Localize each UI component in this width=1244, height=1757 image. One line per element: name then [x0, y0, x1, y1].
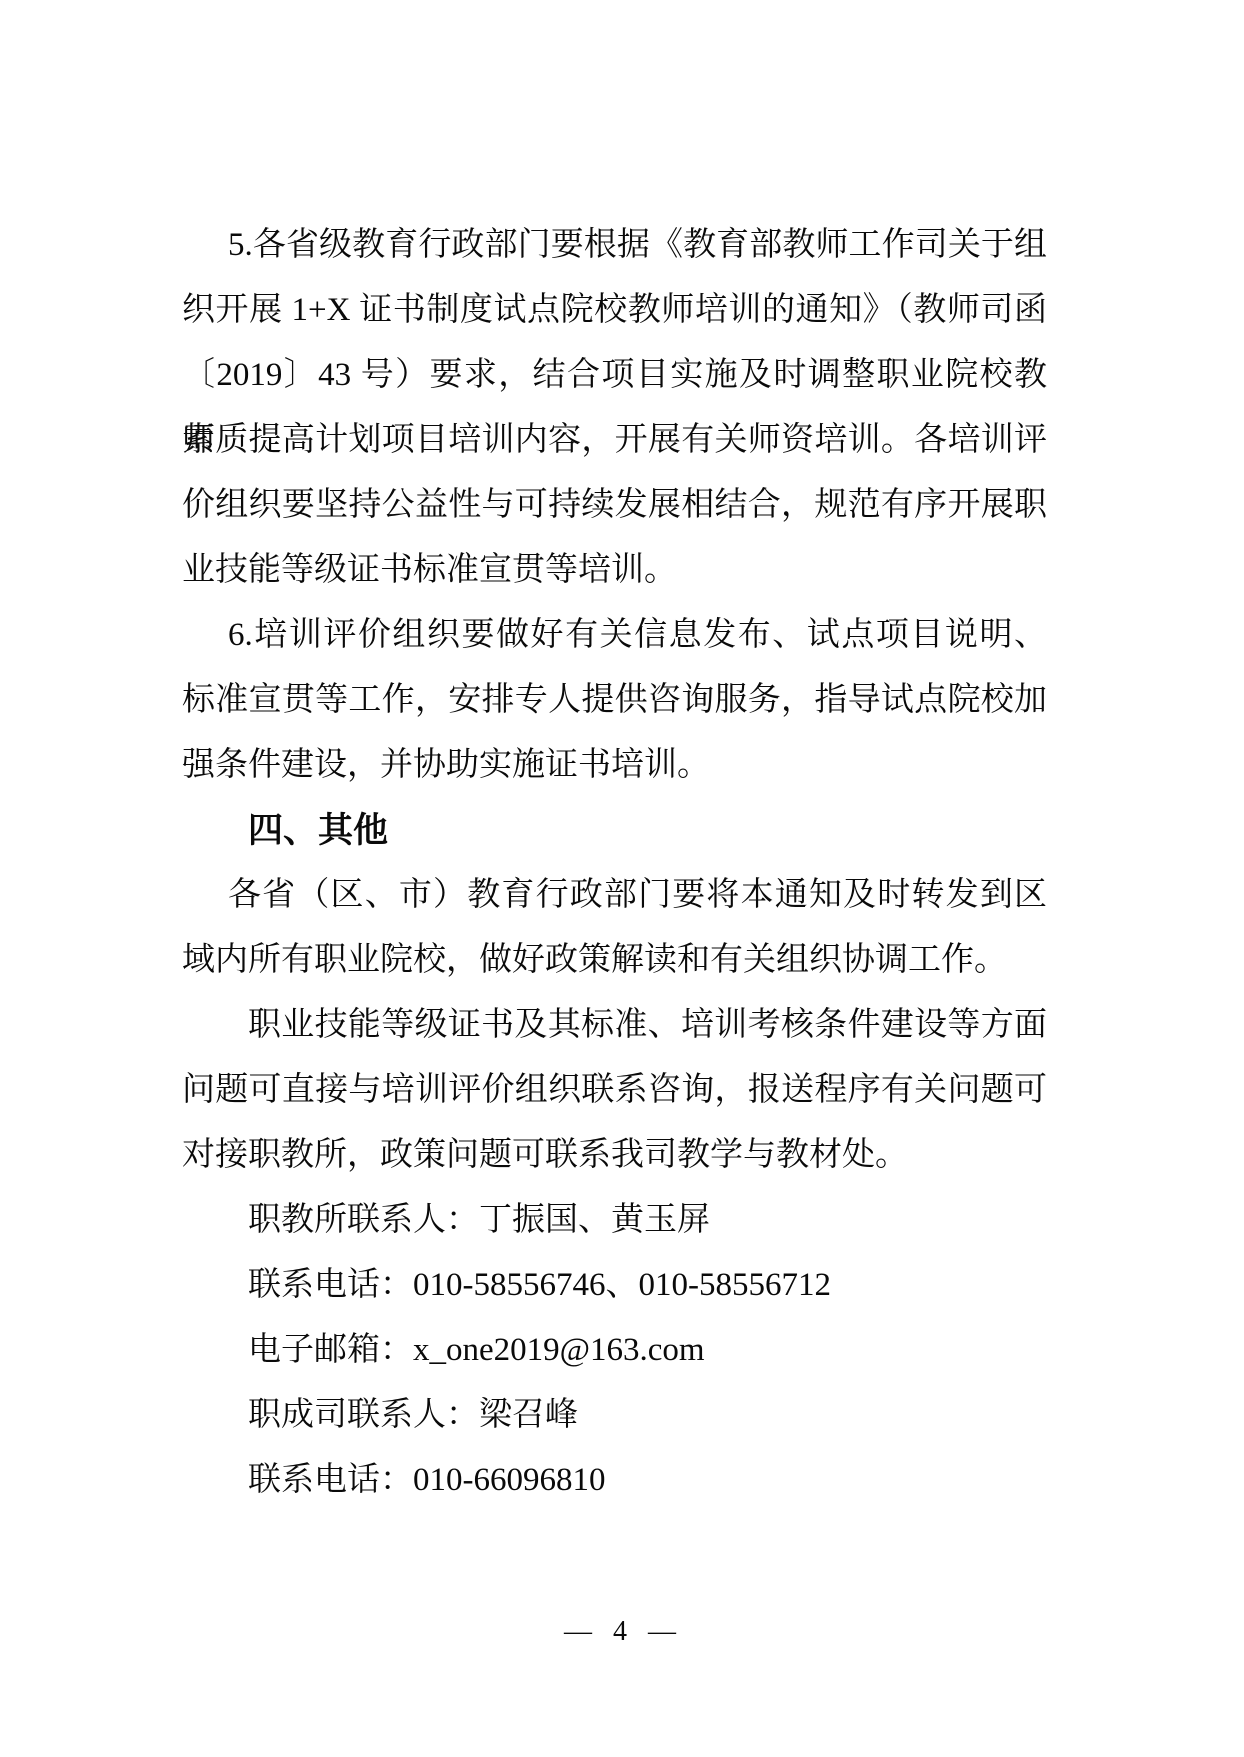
document-body: 5.各省级教育行政部门要根据《教育部教师工作司关于组 织开展 1+X 证书制度试… [182, 213, 1047, 1513]
paragraph-5-line: 织开展 1+X 证书制度试点院校教师培训的通知》（教师司函 [182, 278, 1047, 343]
page-number: — 4 — [0, 1612, 1244, 1652]
paragraph-inquiry-line: 对接职教所，政策问题可联系我司教学与教材处。 [182, 1123, 1047, 1188]
contact-zhichengsi-phone: 联系电话：010-66096810 [182, 1448, 1047, 1513]
contact-zhijiaosuo-phone: 联系电话：010-58556746、010-58556712 [182, 1253, 1047, 1318]
contact-zhijiaosuo-person: 职教所联系人：丁振国、黄玉屏 [182, 1188, 1047, 1253]
paragraph-inquiry-line: 职业技能等级证书及其标准、培训考核条件建设等方面 [182, 993, 1047, 1058]
paragraph-5-line: 素质提高计划项目培训内容，开展有关师资培训。各培训评 [182, 408, 1047, 473]
paragraph-inquiry-line: 问题可直接与培训评价组织联系咨询，报送程序有关问题可 [182, 1058, 1047, 1123]
paragraph-5-line: 价组织要坚持公益性与可持续发展相结合，规范有序开展职 [182, 473, 1047, 538]
document-page: 5.各省级教育行政部门要根据《教育部教师工作司关于组 织开展 1+X 证书制度试… [0, 0, 1244, 1757]
paragraph-forward-line: 域内所有职业院校，做好政策解读和有关组织协调工作。 [182, 928, 1047, 993]
paragraph-5-line: 5.各省级教育行政部门要根据《教育部教师工作司关于组 [182, 213, 1047, 278]
paragraph-6-line: 6.培训评价组织要做好有关信息发布、试点项目说明、 [182, 603, 1047, 668]
paragraph-5-line: 业技能等级证书标准宣贯等培训。 [182, 538, 1047, 603]
section-heading-other: 四、其他 [182, 798, 1047, 863]
paragraph-6-line: 标准宣贯等工作，安排专人提供咨询服务，指导试点院校加 [182, 668, 1047, 733]
paragraph-forward-line: 各省（区、市）教育行政部门要将本通知及时转发到区 [182, 863, 1047, 928]
contact-email: 电子邮箱：x_one2019@163.com [182, 1318, 1047, 1383]
contact-zhichengsi-person: 职成司联系人：梁召峰 [182, 1383, 1047, 1448]
paragraph-6-line: 强条件建设，并协助实施证书培训。 [182, 733, 1047, 798]
paragraph-5-line: 〔2019〕43 号）要求，结合项目实施及时调整职业院校教师 [182, 343, 1047, 408]
